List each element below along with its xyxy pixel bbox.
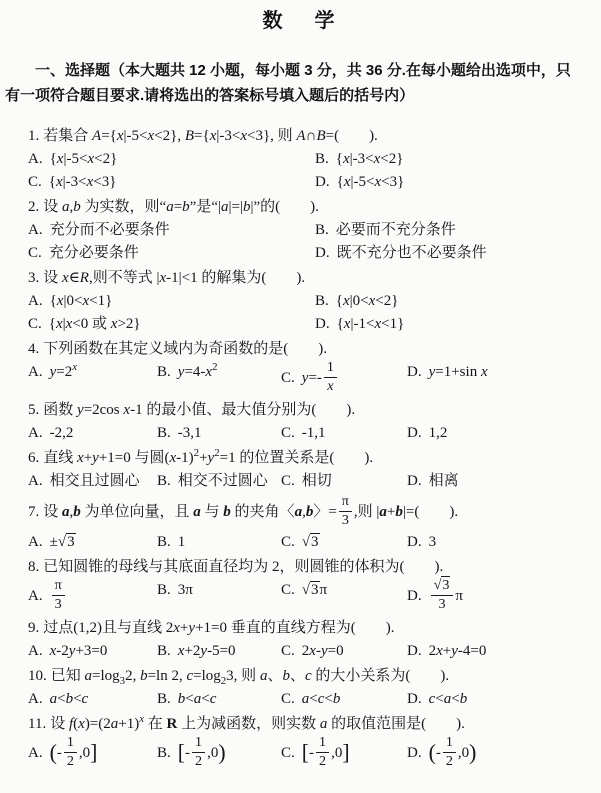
question-stem: 函数 y=2cos x-1 的最小值、最大值分别为( ). — [43, 402, 355, 418]
option-label: C. — [281, 473, 295, 489]
option-content: 相交不过圆心 — [178, 473, 268, 489]
option-label: A. — [28, 151, 43, 167]
option-C: C.{x|x<0 或 x>2} — [28, 313, 311, 336]
option-content: √3 — [302, 533, 320, 550]
option-content: 1,2 — [429, 425, 448, 441]
option-C: C.充分必要条件 — [28, 242, 311, 265]
option-content: {x|-1<x<1} — [337, 316, 405, 332]
options-row: A.±√3B.1C.√3D.3 — [28, 531, 585, 554]
option-label: D. — [407, 425, 422, 441]
option-content: √33π — [429, 588, 463, 604]
option-content: ±√3 — [50, 533, 76, 550]
option-label: A. — [28, 364, 43, 380]
options-row: A.y=2xB.y=4-x2C.y=-1xD.y=1+sin x — [28, 361, 585, 397]
option-label: B. — [157, 691, 171, 707]
option-content: {x|0<x<1} — [50, 293, 113, 309]
question-stem: 设 x∈R,则不等式 |x-1|<1 的解集为( ). — [43, 270, 305, 286]
option-content: 2x-y=0 — [302, 643, 344, 659]
option-label: D. — [407, 691, 422, 707]
question-stem: 已知圆锥的母线与其底面直径均为 2，则圆锥的体积为( ). — [43, 559, 443, 575]
option-content: 充分而不必要条件 — [50, 222, 170, 238]
option-label: B. — [157, 534, 171, 550]
option-C: C.{x|-3<x<3} — [28, 171, 311, 194]
option-label: D. — [315, 316, 330, 332]
question-11: 11.设 f(x)=(2a+1)x 在 R 上为减函数，则实数 a 的取值范围是… — [28, 713, 585, 772]
option-label: B. — [157, 364, 171, 380]
question-stem: 过点(1,2)且与直线 2x+y+1=0 垂直的直线方程为( ). — [43, 620, 394, 636]
option-content: -2,2 — [50, 425, 74, 441]
option-label: A. — [28, 473, 43, 489]
option-content: 3π — [178, 582, 193, 598]
question-stem: 设 f(x)=(2a+1)x 在 R 上为减函数，则实数 a 的取值范围是( )… — [50, 716, 465, 732]
question-number: 10. — [28, 668, 47, 684]
option-content: b<a<c — [178, 691, 217, 707]
option-C: C.a<c<b — [281, 688, 403, 711]
question-number: 11. — [28, 716, 46, 732]
option-label: C. — [281, 425, 295, 441]
option-A: A.a<b<c — [28, 688, 153, 711]
option-content: 1 — [178, 534, 186, 550]
option-B: B.[-12,0) — [157, 736, 277, 772]
question-3: 3.设 x∈R,则不等式 |x-1|<1 的解集为( ). A.{x|0<x<1… — [28, 267, 585, 336]
question-stem-line: 8.已知圆锥的母线与其底面直径均为 2，则圆锥的体积为( ). — [28, 556, 585, 579]
question-stem-line: 7.设 a,b 为单位向量，且 a 与 b 的夹角〈a,b〉=π3,则 |a+b… — [28, 495, 585, 531]
question-number: 4. — [28, 341, 39, 357]
option-content: {x|-5<x<3} — [337, 174, 405, 190]
option-label: C. — [281, 745, 295, 761]
exam-paper-page: 数 学 一、选择题（本大题共 12 小题，每小题 3 分，共 36 分.在每小题… — [0, 0, 601, 793]
option-C: C.相切 — [281, 470, 403, 493]
question-number: 3. — [28, 270, 39, 286]
option-label: A. — [28, 745, 43, 761]
option-D: D.c<a<b — [407, 688, 585, 711]
option-D: D.y=1+sin x — [407, 361, 585, 397]
option-label: B. — [157, 643, 171, 659]
options-row: A.(-12,0]B.[-12,0)C.[-12,0]D.(-12,0) — [28, 736, 585, 772]
option-D: D.√33π — [407, 579, 585, 615]
questions-list: 1.若集合 A={x|-5<x<2}, B={x|-3<x<3}, 则 A∩B=… — [28, 125, 585, 772]
option-label: D. — [407, 643, 422, 659]
option-C: C.y=-1x — [281, 361, 403, 397]
option-A: A.(-12,0] — [28, 736, 153, 772]
option-content: 3 — [429, 534, 437, 550]
option-content: {x|-5<x<2} — [50, 151, 118, 167]
option-content: c<a<b — [429, 691, 468, 707]
option-label: A. — [28, 534, 43, 550]
option-B: B.{x|-3<x<2} — [315, 148, 585, 171]
question-2: 2.设 a,b 为实数，则“a=b”是“|a|=|b|”的( ). A.充分而不… — [28, 196, 585, 265]
options-row: A.{x|-5<x<2}B.{x|-3<x<2}C.{x|-3<x<3}D.{x… — [28, 148, 585, 194]
question-8: 8.已知圆锥的母线与其底面直径均为 2，则圆锥的体积为( ). A.π3B.3π… — [28, 556, 585, 615]
option-label: B. — [157, 582, 171, 598]
option-content: √3π — [302, 581, 327, 598]
question-5: 5.函数 y=2cos x-1 的最小值、最大值分别为( ). A.-2,2B.… — [28, 399, 585, 445]
option-label: B. — [157, 425, 171, 441]
option-D: D.{x|-1<x<1} — [315, 313, 585, 336]
option-A: A.相交且过圆心 — [28, 470, 153, 493]
question-stem-line: 3.设 x∈R,则不等式 |x-1|<1 的解集为( ). — [28, 267, 585, 290]
option-C: C.√3 — [281, 531, 403, 554]
options-row: A.{x|0<x<1}B.{x|0<x<2}C.{x|x<0 或 x>2}D.{… — [28, 290, 585, 336]
option-A: A.-2,2 — [28, 422, 153, 445]
option-A: A.{x|-5<x<2} — [28, 148, 311, 171]
option-content: (-12,0] — [50, 745, 98, 761]
option-label: A. — [28, 425, 43, 441]
question-number: 9. — [28, 620, 39, 636]
question-4: 4.下列函数在其定义域内为奇函数的是( ). A.y=2xB.y=4-x2C.y… — [28, 338, 585, 397]
option-A: A.{x|0<x<1} — [28, 290, 311, 313]
page-title: 数 学 — [18, 8, 585, 34]
option-content: y=1+sin x — [429, 364, 488, 380]
question-stem: 下列函数在其定义域内为奇函数的是( ). — [43, 341, 327, 357]
question-number: 5. — [28, 402, 39, 418]
option-content: -1,1 — [302, 425, 326, 441]
option-content: -3,1 — [178, 425, 202, 441]
option-label: B. — [315, 151, 329, 167]
option-label: C. — [281, 691, 295, 707]
option-label: B. — [157, 745, 171, 761]
option-B: B.3π — [157, 579, 277, 615]
option-A: A.充分而不必要条件 — [28, 219, 311, 242]
option-label: A. — [28, 691, 43, 707]
option-B: B.x+2y-5=0 — [157, 640, 277, 663]
option-content: [-12,0] — [302, 745, 350, 761]
option-content: {x|-3<x<2} — [336, 151, 404, 167]
option-content: {x|0<x<2} — [336, 293, 399, 309]
options-row: A.a<b<cB.b<a<cC.a<c<bD.c<a<b — [28, 688, 585, 711]
question-stem-line: 4.下列函数在其定义域内为奇函数的是( ). — [28, 338, 585, 361]
option-C: C.[-12,0] — [281, 736, 403, 772]
option-content: 相离 — [429, 473, 459, 489]
option-label: D. — [407, 534, 422, 550]
question-10: 10.已知 a=log32, b=ln 2, c=log23, 则 a、b、c … — [28, 665, 585, 711]
option-content: y=2x — [50, 364, 77, 380]
options-row: A.x-2y+3=0B.x+2y-5=0C.2x-y=0D.2x+y-4=0 — [28, 640, 585, 663]
question-stem-line: 6.直线 x+y+1=0 与圆(x-1)2+y2=1 的位置关系是( ). — [28, 447, 585, 470]
option-label: D. — [407, 473, 422, 489]
question-stem-line: 1.若集合 A={x|-5<x<2}, B={x|-3<x<3}, 则 A∩B=… — [28, 125, 585, 148]
option-B: B.-3,1 — [157, 422, 277, 445]
option-content: x+2y-5=0 — [178, 643, 236, 659]
option-label: C. — [281, 643, 295, 659]
question-stem-line: 5.函数 y=2cos x-1 的最小值、最大值分别为( ). — [28, 399, 585, 422]
option-content: x-2y+3=0 — [50, 643, 108, 659]
option-B: B.y=4-x2 — [157, 361, 277, 397]
options-row: A.充分而不必要条件B.必要而不充分条件C.充分必要条件D.既不充分也不必要条件 — [28, 219, 585, 265]
option-C: C.√3π — [281, 579, 403, 615]
option-D: D.{x|-5<x<3} — [315, 171, 585, 194]
option-label: D. — [407, 588, 422, 604]
question-stem: 若集合 A={x|-5<x<2}, B={x|-3<x<3}, 则 A∩B=( … — [43, 128, 378, 144]
option-content: 相交且过圆心 — [50, 473, 140, 489]
option-content: y=-1x — [302, 370, 339, 386]
option-content: (-12,0) — [429, 745, 477, 761]
question-stem-line: 2.设 a,b 为实数，则“a=b”是“|a|=|b|”的( ). — [28, 196, 585, 219]
question-stem: 直线 x+y+1=0 与圆(x-1)2+y2=1 的位置关系是( ). — [43, 450, 373, 466]
option-content: a<c<b — [302, 691, 341, 707]
option-content: 2x+y-4=0 — [429, 643, 487, 659]
option-D: D.既不充分也不必要条件 — [315, 242, 585, 265]
option-label: B. — [315, 293, 329, 309]
option-label: C. — [28, 245, 42, 261]
question-number: 1. — [28, 128, 39, 144]
option-D: D.2x+y-4=0 — [407, 640, 585, 663]
option-label: D. — [407, 364, 422, 380]
options-row: A.-2,2B.-3,1C.-1,1D.1,2 — [28, 422, 585, 445]
option-label: C. — [281, 582, 295, 598]
question-stem: 设 a,b 为单位向量，且 a 与 b 的夹角〈a,b〉=π3,则 |a+b|=… — [43, 504, 458, 520]
section-instructions: 一、选择题（本大题共 12 小题，每小题 3 分，共 36 分.在每小题给出选项… — [5, 58, 585, 108]
question-number: 6. — [28, 450, 39, 466]
option-label: B. — [157, 473, 171, 489]
option-content: y=4-x2 — [178, 364, 218, 380]
option-content: π3 — [50, 588, 67, 604]
option-B: B.相交不过圆心 — [157, 470, 277, 493]
option-label: B. — [315, 222, 329, 238]
option-B: B.1 — [157, 531, 277, 554]
option-content: 既不充分也不必要条件 — [337, 245, 487, 261]
option-content: 必要而不充分条件 — [336, 222, 456, 238]
option-label: D. — [407, 745, 422, 761]
question-7: 7.设 a,b 为单位向量，且 a 与 b 的夹角〈a,b〉=π3,则 |a+b… — [28, 495, 585, 554]
option-D: D.3 — [407, 531, 585, 554]
option-label: C. — [28, 316, 42, 332]
option-A: A.y=2x — [28, 361, 153, 397]
option-label: C. — [28, 174, 42, 190]
option-label: A. — [28, 588, 43, 604]
option-content: 相切 — [302, 473, 332, 489]
question-stem-line: 11.设 f(x)=(2a+1)x 在 R 上为减函数，则实数 a 的取值范围是… — [28, 713, 585, 736]
option-B: B.b<a<c — [157, 688, 277, 711]
option-C: C.-1,1 — [281, 422, 403, 445]
option-content: a<b<c — [50, 691, 89, 707]
option-A: A.±√3 — [28, 531, 153, 554]
option-label: A. — [28, 222, 43, 238]
option-D: D.1,2 — [407, 422, 585, 445]
options-row: A.π3B.3πC.√3πD.√33π — [28, 579, 585, 615]
option-content: {x|x<0 或 x>2} — [49, 316, 141, 332]
question-number: 8. — [28, 559, 39, 575]
question-6: 6.直线 x+y+1=0 与圆(x-1)2+y2=1 的位置关系是( ). A.… — [28, 447, 585, 493]
option-B: B.{x|0<x<2} — [315, 290, 585, 313]
option-content: [-12,0) — [178, 745, 226, 761]
question-1: 1.若集合 A={x|-5<x<2}, B={x|-3<x<3}, 则 A∩B=… — [28, 125, 585, 194]
question-9: 9.过点(1,2)且与直线 2x+y+1=0 垂直的直线方程为( ). A.x-… — [28, 617, 585, 663]
option-A: A.x-2y+3=0 — [28, 640, 153, 663]
options-row: A.相交且过圆心B.相交不过圆心C.相切D.相离 — [28, 470, 585, 493]
option-label: D. — [315, 245, 330, 261]
option-C: C.2x-y=0 — [281, 640, 403, 663]
option-B: B.必要而不充分条件 — [315, 219, 585, 242]
question-number: 7. — [28, 504, 39, 520]
option-content: {x|-3<x<3} — [49, 174, 117, 190]
option-D: D.(-12,0) — [407, 736, 585, 772]
option-D: D.相离 — [407, 470, 585, 493]
question-number: 2. — [28, 199, 39, 215]
option-label: D. — [315, 174, 330, 190]
option-label: A. — [28, 643, 43, 659]
option-label: A. — [28, 293, 43, 309]
question-stem-line: 9.过点(1,2)且与直线 2x+y+1=0 垂直的直线方程为( ). — [28, 617, 585, 640]
option-label: C. — [281, 534, 295, 550]
option-label: C. — [281, 370, 295, 386]
question-stem: 设 a,b 为实数，则“a=b”是“|a|=|b|”的( ). — [43, 199, 319, 215]
option-A: A.π3 — [28, 579, 153, 615]
question-stem: 已知 a=log32, b=ln 2, c=log23, 则 a、b、c 的大小… — [51, 668, 449, 684]
option-content: 充分必要条件 — [49, 245, 139, 261]
question-stem-line: 10.已知 a=log32, b=ln 2, c=log23, 则 a、b、c … — [28, 665, 585, 688]
